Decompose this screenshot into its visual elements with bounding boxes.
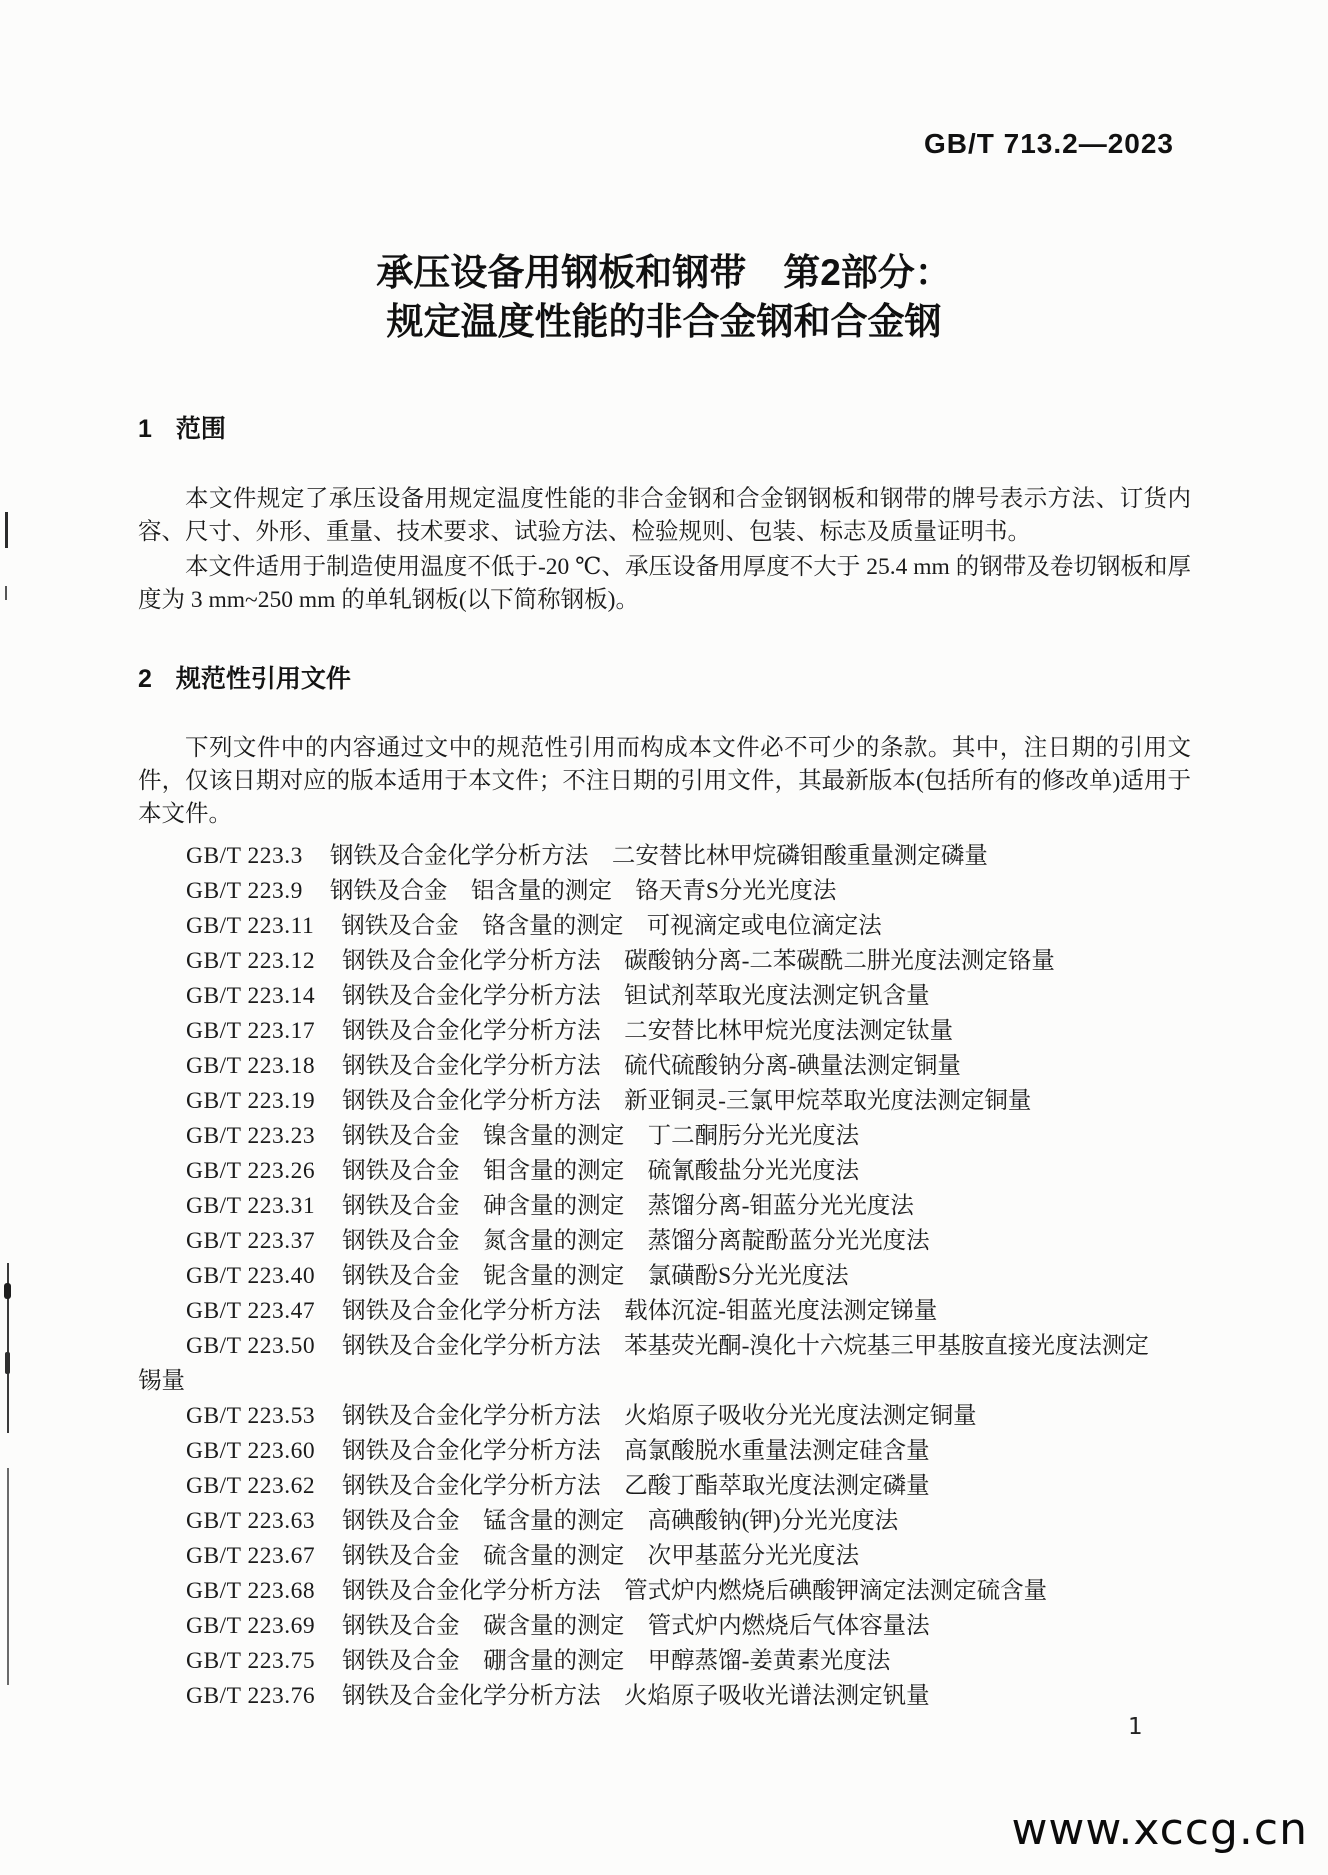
reference-title: 钢铁及合金化学分析方法 新亚铜灵-三氯甲烷萃取光度法测定铜量 [342, 1088, 1031, 1114]
reference-title: 钢铁及合金 氮含量的测定 蒸馏分离靛酚蓝分光光度法 [342, 1228, 930, 1254]
reference-item: GB/T 223.23钢铁及合金 镍含量的测定 丁二酮肟分光光度法 [138, 1119, 1191, 1154]
reference-code: GB/T 223.11 [186, 913, 314, 939]
reference-title: 钢铁及合金 砷含量的测定 蒸馏分离-钼蓝分光光度法 [342, 1193, 914, 1219]
reference-title: 钢铁及合金化学分析方法 管式炉内燃烧后碘酸钾滴定法测定硫含量 [342, 1578, 1047, 1604]
watermark-text: www.xccg.cn [1011, 1804, 1308, 1855]
reference-item: GB/T 223.11钢铁及合金 铬含量的测定 可视滴定或电位滴定法 [138, 909, 1191, 944]
scan-artifact-line [7, 1468, 9, 1685]
reference-code: GB/T 223.50 [186, 1333, 315, 1359]
reference-item: GB/T 223.31钢铁及合金 砷含量的测定 蒸馏分离-钼蓝分光光度法 [138, 1189, 1191, 1224]
scan-artifact-blob [5, 1352, 10, 1374]
section-2-number: 2 [138, 665, 152, 693]
reference-code: GB/T 223.14 [186, 983, 315, 1009]
reference-item: GB/T 223.67钢铁及合金 硫含量的测定 次甲基蓝分光光度法 [138, 1539, 1191, 1574]
reference-item: GB/T 223.63钢铁及合金 锰含量的测定 高碘酸钠(钾)分光光度法 [138, 1504, 1191, 1539]
reference-code: GB/T 223.26 [186, 1158, 315, 1184]
reference-item: GB/T 223.18钢铁及合金化学分析方法 硫代硫酸钠分离-碘量法测定铜量 [138, 1049, 1191, 1084]
reference-title: 钢铁及合金化学分析方法 苯基荧光酮-溴化十六烷基三甲基胺直接光度法测定 [342, 1333, 1149, 1359]
reference-code: GB/T 223.19 [186, 1088, 315, 1114]
reference-code: GB/T 223.12 [186, 948, 315, 974]
reference-item: GB/T 223.9钢铁及合金 铝含量的测定 铬天青S分光光度法 [138, 874, 1191, 909]
section-1-number: 1 [138, 415, 152, 443]
reference-title: 钢铁及合金 硫含量的测定 次甲基蓝分光光度法 [342, 1543, 859, 1569]
reference-item: GB/T 223.62钢铁及合金化学分析方法 乙酸丁酯萃取光度法测定磷量 [138, 1469, 1191, 1504]
reference-title: 钢铁及合金化学分析方法 火焰原子吸收分光光度法测定铜量 [342, 1403, 977, 1429]
standard-code: GB/T 713.2—2023 [924, 128, 1174, 160]
reference-item: GB/T 223.50钢铁及合金化学分析方法 苯基荧光酮-溴化十六烷基三甲基胺直… [138, 1329, 1191, 1364]
reference-item: GB/T 223.68钢铁及合金化学分析方法 管式炉内燃烧后碘酸钾滴定法测定硫含… [138, 1574, 1191, 1609]
reference-title: 钢铁及合金化学分析方法 钽试剂萃取光度法测定钒含量 [342, 983, 930, 1009]
scope-paragraph-1: 本文件规定了承压设备用规定温度性能的非合金钢和合金钢钢板和钢带的牌号表示方法、订… [138, 483, 1191, 549]
reference-code: GB/T 223.17 [186, 1018, 315, 1044]
reference-title: 钢铁及合金化学分析方法 高氯酸脱水重量法测定硅含量 [342, 1438, 930, 1464]
reference-code: GB/T 223.62 [186, 1473, 315, 1499]
section-1-heading: 1范围 [138, 414, 226, 444]
reference-title: 钢铁及合金 镍含量的测定 丁二酮肟分光光度法 [342, 1123, 859, 1149]
reference-title: 钢铁及合金 钼含量的测定 硫氰酸盐分光光度法 [342, 1158, 859, 1184]
reference-item: GB/T 223.17钢铁及合金化学分析方法 二安替比林甲烷光度法测定钛量 [138, 1014, 1191, 1049]
reference-code: GB/T 223.69 [186, 1613, 315, 1639]
reference-title: 钢铁及合金化学分析方法 载体沉淀-钼蓝光度法测定锑量 [342, 1298, 937, 1324]
reference-code: GB/T 223.67 [186, 1543, 315, 1569]
reference-item: GB/T 223.12钢铁及合金化学分析方法 碳酸钠分离-二苯碳酰二肼光度法测定… [138, 944, 1191, 979]
reference-code: GB/T 223.37 [186, 1228, 315, 1254]
reference-title: 钢铁及合金化学分析方法 乙酸丁酯萃取光度法测定磷量 [342, 1473, 930, 1499]
section-2-label: 规范性引用文件 [176, 665, 351, 693]
page-number: 1 [1128, 1714, 1143, 1740]
scan-artifact-dash [5, 512, 8, 548]
reference-title: 钢铁及合金化学分析方法 二安替比林甲烷磷钼酸重量测定磷量 [330, 843, 988, 869]
reference-item: GB/T 223.76钢铁及合金化学分析方法 火焰原子吸收光谱法测定钒量 [138, 1679, 1191, 1714]
reference-code: GB/T 223.75 [186, 1648, 315, 1674]
reference-title: 钢铁及合金 铬含量的测定 可视滴定或电位滴定法 [341, 913, 882, 939]
reference-item: GB/T 223.40钢铁及合金 铌含量的测定 氯磺酚S分光光度法 [138, 1259, 1191, 1294]
document-page: GB/T 713.2—2023 承压设备用钢板和钢带 第2部分：规定温度性能的非… [0, 0, 1328, 1875]
reference-item: GB/T 223.75钢铁及合金 硼含量的测定 甲醇蒸馏-姜黄素光度法 [138, 1644, 1191, 1679]
reference-item: GB/T 223.60钢铁及合金化学分析方法 高氯酸脱水重量法测定硅含量 [138, 1434, 1191, 1469]
scan-artifact-dash [5, 586, 7, 600]
reference-item: GB/T 223.26钢铁及合金 钼含量的测定 硫氰酸盐分光光度法 [138, 1154, 1191, 1189]
reference-continuation: 锡量 [138, 1364, 1191, 1399]
reference-item: GB/T 223.3钢铁及合金化学分析方法 二安替比林甲烷磷钼酸重量测定磷量 [138, 839, 1191, 874]
normative-intro-paragraph: 下列文件中的内容通过文中的规范性引用而构成本文件必不可少的条款。其中，注日期的引… [138, 732, 1191, 831]
reference-code: GB/T 223.40 [186, 1263, 315, 1289]
reference-title: 钢铁及合金 碳含量的测定 管式炉内燃烧后气体容量法 [342, 1613, 930, 1639]
reference-code: GB/T 223.76 [186, 1683, 315, 1709]
reference-code: GB/T 223.18 [186, 1053, 315, 1079]
scope-paragraph-2: 本文件适用于制造使用温度不低于-20 ℃、承压设备用厚度不大于 25.4 mm … [138, 551, 1191, 617]
reference-code: GB/T 223.47 [186, 1298, 315, 1324]
reference-title: 钢铁及合金化学分析方法 硫代硫酸钠分离-碘量法测定铜量 [342, 1053, 961, 1079]
reference-code: GB/T 223.53 [186, 1403, 315, 1429]
reference-title: 钢铁及合金 铝含量的测定 铬天青S分光光度法 [330, 878, 837, 904]
reference-code: GB/T 223.68 [186, 1578, 315, 1604]
reference-title: 钢铁及合金 锰含量的测定 高碘酸钠(钾)分光光度法 [342, 1508, 898, 1534]
reference-item: GB/T 223.37钢铁及合金 氮含量的测定 蒸馏分离靛酚蓝分光光度法 [138, 1224, 1191, 1259]
reference-item: GB/T 223.53钢铁及合金化学分析方法 火焰原子吸收分光光度法测定铜量 [138, 1399, 1191, 1434]
reference-list: GB/T 223.3钢铁及合金化学分析方法 二安替比林甲烷磷钼酸重量测定磷量GB… [138, 839, 1191, 1714]
reference-code: GB/T 223.31 [186, 1193, 315, 1219]
document-title-line2: 规定温度性能的非合金钢和合金钢 [387, 301, 942, 342]
reference-title: 钢铁及合金 铌含量的测定 氯磺酚S分光光度法 [342, 1263, 849, 1289]
reference-code: GB/T 223.60 [186, 1438, 315, 1464]
scan-artifact-blob [4, 1283, 11, 1299]
reference-item: GB/T 223.19钢铁及合金化学分析方法 新亚铜灵-三氯甲烷萃取光度法测定铜… [138, 1084, 1191, 1119]
reference-code: GB/T 223.23 [186, 1123, 315, 1149]
reference-title: 钢铁及合金化学分析方法 二安替比林甲烷光度法测定钛量 [342, 1018, 953, 1044]
section-2-heading: 2规范性引用文件 [138, 664, 351, 694]
reference-code: GB/T 223.9 [186, 878, 303, 904]
document-title: 承压设备用钢板和钢带 第2部分：规定温度性能的非合金钢和合金钢 [0, 248, 1328, 346]
reference-code: GB/T 223.63 [186, 1508, 315, 1534]
reference-title: 钢铁及合金化学分析方法 火焰原子吸收光谱法测定钒量 [342, 1683, 930, 1709]
reference-title: 钢铁及合金 硼含量的测定 甲醇蒸馏-姜黄素光度法 [342, 1648, 890, 1674]
reference-item: GB/T 223.47钢铁及合金化学分析方法 载体沉淀-钼蓝光度法测定锑量 [138, 1294, 1191, 1329]
document-title-line1: 承压设备用钢板和钢带 第2部分： [376, 252, 952, 293]
reference-item: GB/T 223.69钢铁及合金 碳含量的测定 管式炉内燃烧后气体容量法 [138, 1609, 1191, 1644]
reference-title: 钢铁及合金化学分析方法 碳酸钠分离-二苯碳酰二肼光度法测定铬量 [342, 948, 1055, 974]
reference-item: GB/T 223.14钢铁及合金化学分析方法 钽试剂萃取光度法测定钒含量 [138, 979, 1191, 1014]
section-1-label: 范围 [176, 415, 226, 443]
reference-code: GB/T 223.3 [186, 843, 303, 869]
